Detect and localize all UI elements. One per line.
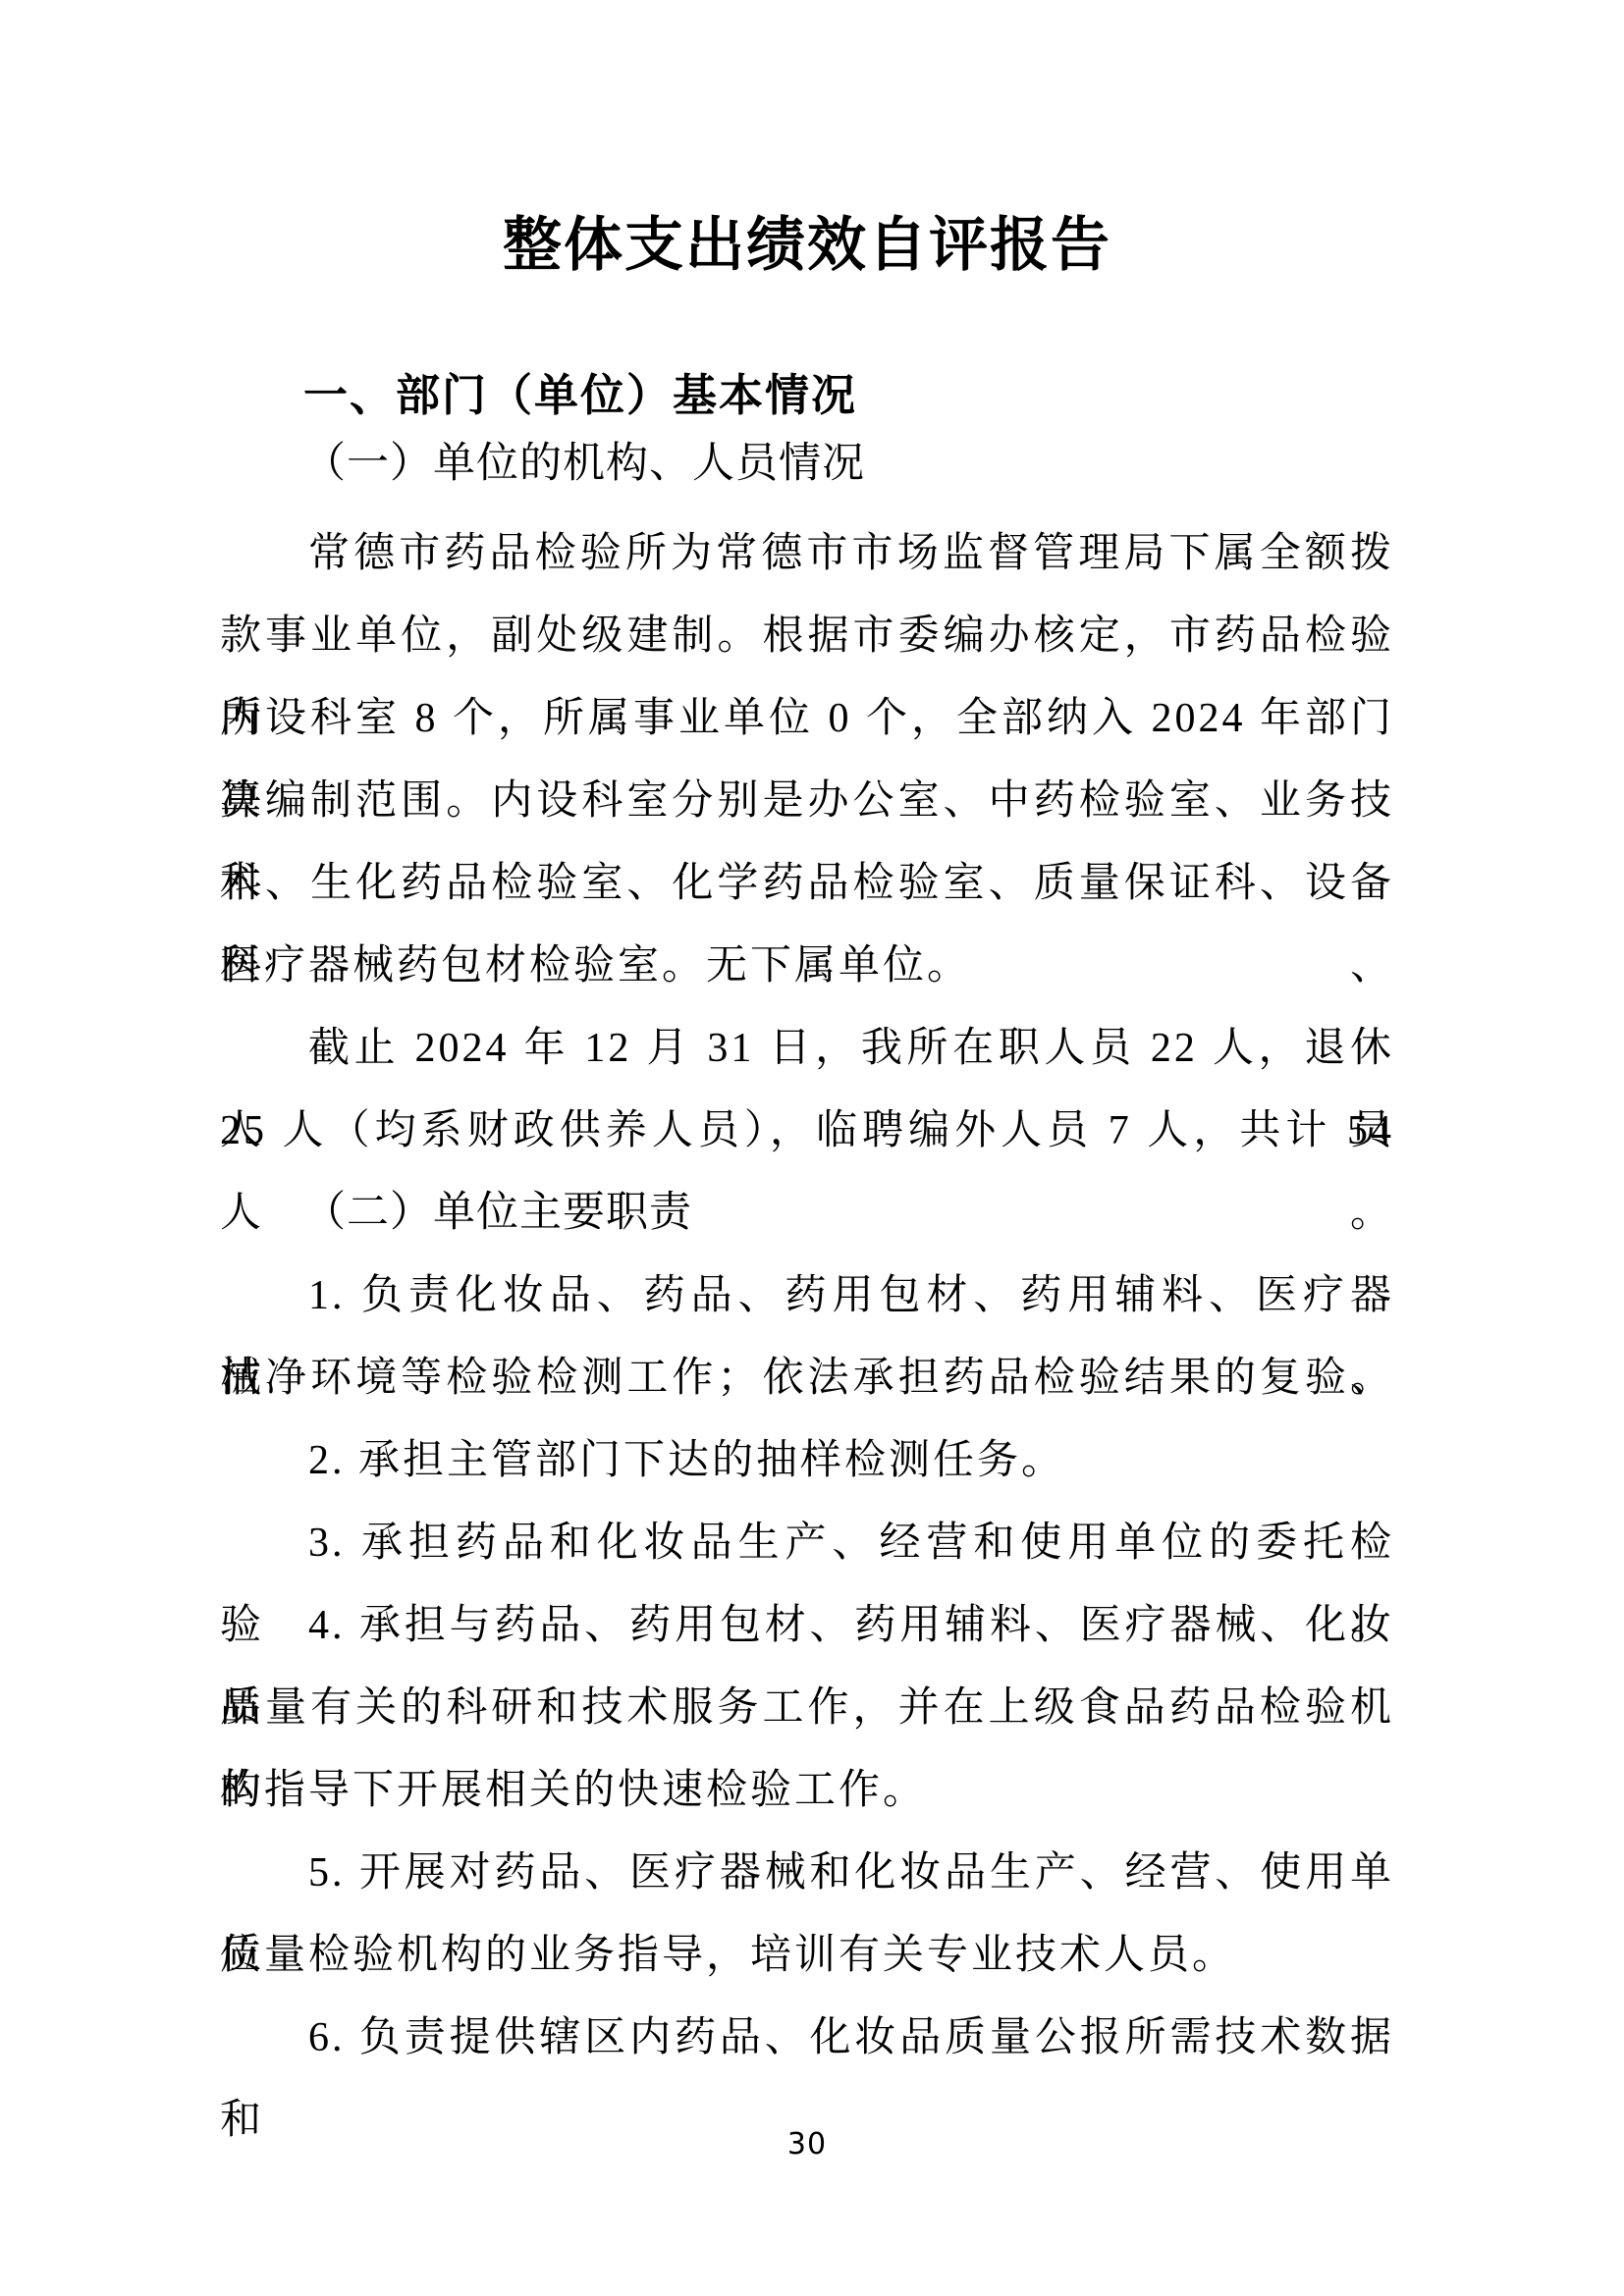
subsection-heading-1: （一）单位的机构、人员情况 <box>220 430 1394 499</box>
body-line: 科、生化药品检验室、化学药品检验室、质量保证科、设备科、 <box>220 842 1394 925</box>
body-line: 质量有关的科研和技术服务工作，并在上级食品药品检验机构 <box>220 1667 1394 1749</box>
body-line: 4. 承担与药品、药用包材、药用辅料、医疗器械、化妆品 <box>220 1584 1394 1667</box>
document-title: 整体支出绩效自评报告 <box>220 201 1394 290</box>
document-page: 整体支出绩效自评报告 一、部门（单位）基本情况 （一）单位的机构、人员情况 常德… <box>0 0 1624 2296</box>
body-line: 截止 2024 年 12 月 31 日，我所在职人员 22 人，退休人员 <box>220 1007 1394 1090</box>
body-line: 6. 负责提供辖区内药品、化妆品质量公报所需技术数据和 <box>220 1997 1394 2079</box>
body-line: 5. 开展对药品、医疗器械和化妆品生产、经营、使用单位 <box>220 1832 1394 1914</box>
body-line: 内设科室 8 个，所属事业单位 0 个，全部纳入 2024 年部门决 <box>220 677 1394 760</box>
page-number: 30 <box>220 2125 1394 2164</box>
section-heading-1: 一、部门（单位）基本情况 <box>220 361 1394 430</box>
body-line: 质量检验机构的业务指导，培训有关专业技术人员。 <box>220 1914 1394 1997</box>
body-line: 算编制范围。内设科室分别是办公室、中药检验室、业务技术 <box>220 760 1394 842</box>
body-line: 2. 承担主管部门下达的抽样检测任务。 <box>220 1419 1394 1502</box>
body-line: 的指导下开展相关的快速检验工作。 <box>220 1749 1394 1832</box>
body-line: 25 人（均系财政供养人员），临聘编外人员 7 人，共计 54 人。 <box>220 1090 1394 1172</box>
body-line: 1. 负责化妆品、药品、药用包材、药用辅料、医疗器械、 <box>220 1255 1394 1337</box>
body-line: 洁净环境等检验检测工作；依法承担药品检验结果的复验。 <box>220 1337 1394 1419</box>
body-line: 常德市药品检验所为常德市市场监督管理局下属全额拨 <box>220 512 1394 595</box>
body-line: 3. 承担药品和化妆品生产、经营和使用单位的委托检验。 <box>220 1502 1394 1584</box>
body-line: 款事业单位，副处级建制。根据市委编办核定，市药品检验所 <box>220 595 1394 677</box>
